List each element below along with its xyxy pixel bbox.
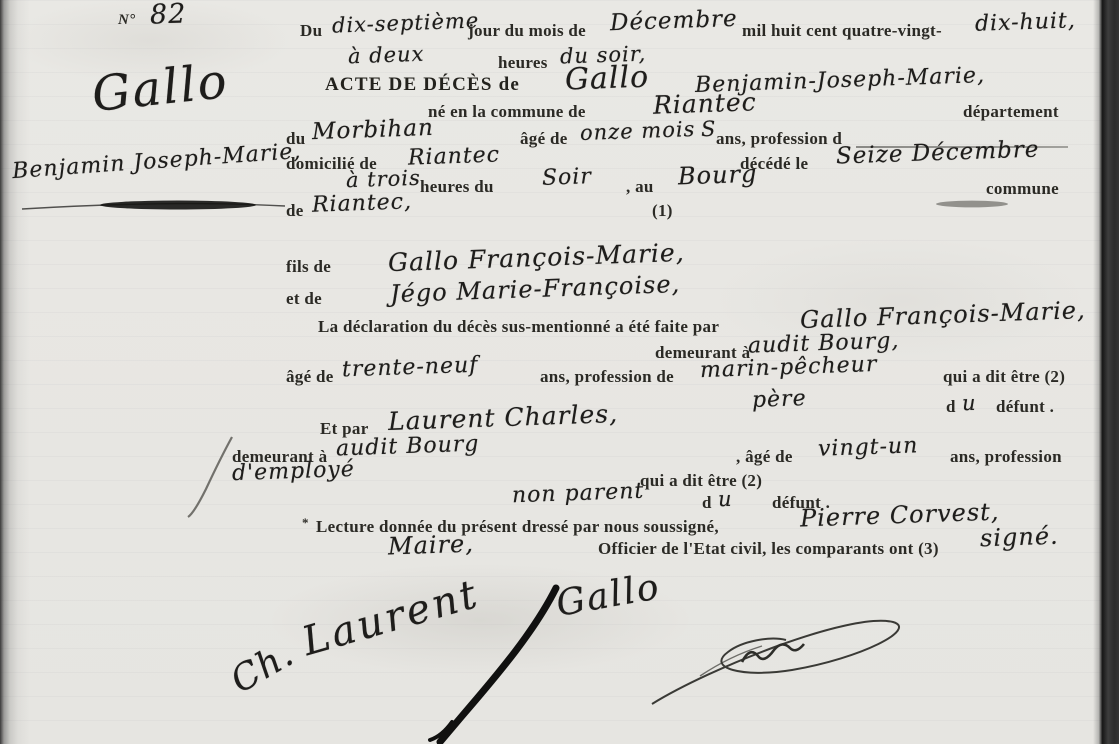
form-ans-profession: ans, profession de bbox=[540, 368, 674, 387]
act-number-value: 82 bbox=[149, 0, 186, 30]
form-age-de-2: âgé de bbox=[286, 368, 334, 387]
binding-edge-left bbox=[0, 0, 30, 744]
margin-paraph-flourish bbox=[22, 201, 285, 210]
officiant-title: Maire, bbox=[388, 531, 475, 560]
record-day: dix-septième bbox=[332, 9, 480, 37]
officiant-name: Pierre Corvest, bbox=[800, 499, 1000, 532]
witness-name: Laurent Charles, bbox=[388, 400, 619, 436]
form-year-prefix: mil huit cent quatre-vingt- bbox=[742, 22, 942, 41]
record-year: dix-huit, bbox=[975, 9, 1077, 37]
act-number-label: N° bbox=[118, 12, 135, 29]
form-lecture: Lecture donnée du présent dressé par nou… bbox=[316, 518, 719, 537]
form-fils-de: fils de bbox=[286, 258, 331, 277]
form-age-de: âgé de bbox=[520, 130, 568, 149]
form-heures-du: heures du bbox=[420, 178, 494, 197]
margin-given-names: Benjamin Joseph-Marie, bbox=[12, 140, 303, 184]
stray-pen-stroke bbox=[188, 437, 232, 517]
handwritten-u-2: u bbox=[718, 488, 733, 512]
signature-gallo: Gallo bbox=[553, 567, 663, 624]
form-au: , au bbox=[626, 178, 654, 197]
form-age-de-3: , âgé de bbox=[736, 448, 793, 467]
ink-smudge bbox=[936, 201, 1008, 208]
record-month: Décembre bbox=[610, 7, 738, 37]
form-note-1: (1) bbox=[652, 202, 673, 221]
form-et-de: et de bbox=[286, 290, 322, 309]
form-declaration: La déclaration du décès sus-mentionné a … bbox=[318, 318, 719, 337]
deceased-age: onze mois bbox=[580, 118, 696, 145]
form-d-1: d bbox=[946, 398, 956, 417]
form-footnote-star: * bbox=[302, 516, 309, 530]
declarant-profession: marin-pêcheur bbox=[700, 353, 878, 383]
handwritten-u-1: u bbox=[962, 392, 977, 416]
form-d-2: d bbox=[702, 494, 712, 513]
witness-relation: non parent bbox=[512, 480, 645, 509]
domicile-commune: Riantec bbox=[408, 143, 501, 170]
form-defunt-1: défunt . bbox=[996, 398, 1054, 417]
signature-laurent: Laurent bbox=[297, 572, 484, 664]
declarant-name: Gallo François-Marie, bbox=[800, 297, 1086, 333]
form-ne-commune: né en la commune de bbox=[428, 103, 586, 122]
mayor-paraph-signature bbox=[652, 621, 899, 704]
form-commune: commune bbox=[986, 180, 1059, 199]
form-ans-profession-2: ans, profession bbox=[950, 448, 1062, 467]
form-officier: Officier de l'Etat civil, les comparants… bbox=[598, 540, 939, 559]
form-word-du: Du bbox=[300, 22, 322, 41]
form-profession: ans, profession d bbox=[716, 130, 842, 149]
form-heures: heures bbox=[498, 54, 548, 73]
witness-residence: audit Bourg bbox=[336, 433, 480, 462]
form-qui-a-dit-2: qui a dit être (2) bbox=[640, 472, 762, 491]
birth-commune: Riantec bbox=[653, 88, 758, 119]
witness-age: vingt-un bbox=[818, 434, 919, 462]
death-place: Bourg bbox=[678, 161, 758, 190]
handwritten-s: S bbox=[701, 118, 717, 142]
page-edge-right bbox=[1093, 0, 1119, 744]
act-title: ACTE DE DÉCÈS de bbox=[325, 75, 520, 96]
margin-surname: Gallo bbox=[90, 55, 231, 122]
declarant-relation: père bbox=[752, 387, 807, 413]
form-de-2: de bbox=[286, 202, 304, 221]
death-time-period: Soir bbox=[542, 165, 593, 191]
declarant-age: trente-neuf bbox=[342, 354, 479, 383]
signature-ch: Ch. bbox=[224, 634, 300, 701]
mother-name: Jégo Marie-Françoise, bbox=[390, 271, 681, 308]
form-departement: département bbox=[963, 103, 1059, 122]
department-name: Morbihan bbox=[312, 116, 435, 146]
record-time: à deux bbox=[348, 43, 425, 69]
form-qui-a-dit-1: qui a dit être (2) bbox=[943, 368, 1065, 387]
death-date: Seize Décembre bbox=[836, 137, 1040, 169]
witness-profession: d'employé bbox=[232, 458, 356, 486]
form-de: du bbox=[286, 130, 306, 149]
death-record-scan: N° 82 Gallo Benjamin Joseph-Marie, Du di… bbox=[0, 0, 1119, 744]
death-commune: Riantec, bbox=[312, 190, 413, 218]
deceased-surname: Gallo bbox=[564, 61, 649, 97]
form-jour-du-mois: jour du mois de bbox=[468, 22, 586, 41]
signed-annotation: signé. bbox=[980, 523, 1060, 552]
